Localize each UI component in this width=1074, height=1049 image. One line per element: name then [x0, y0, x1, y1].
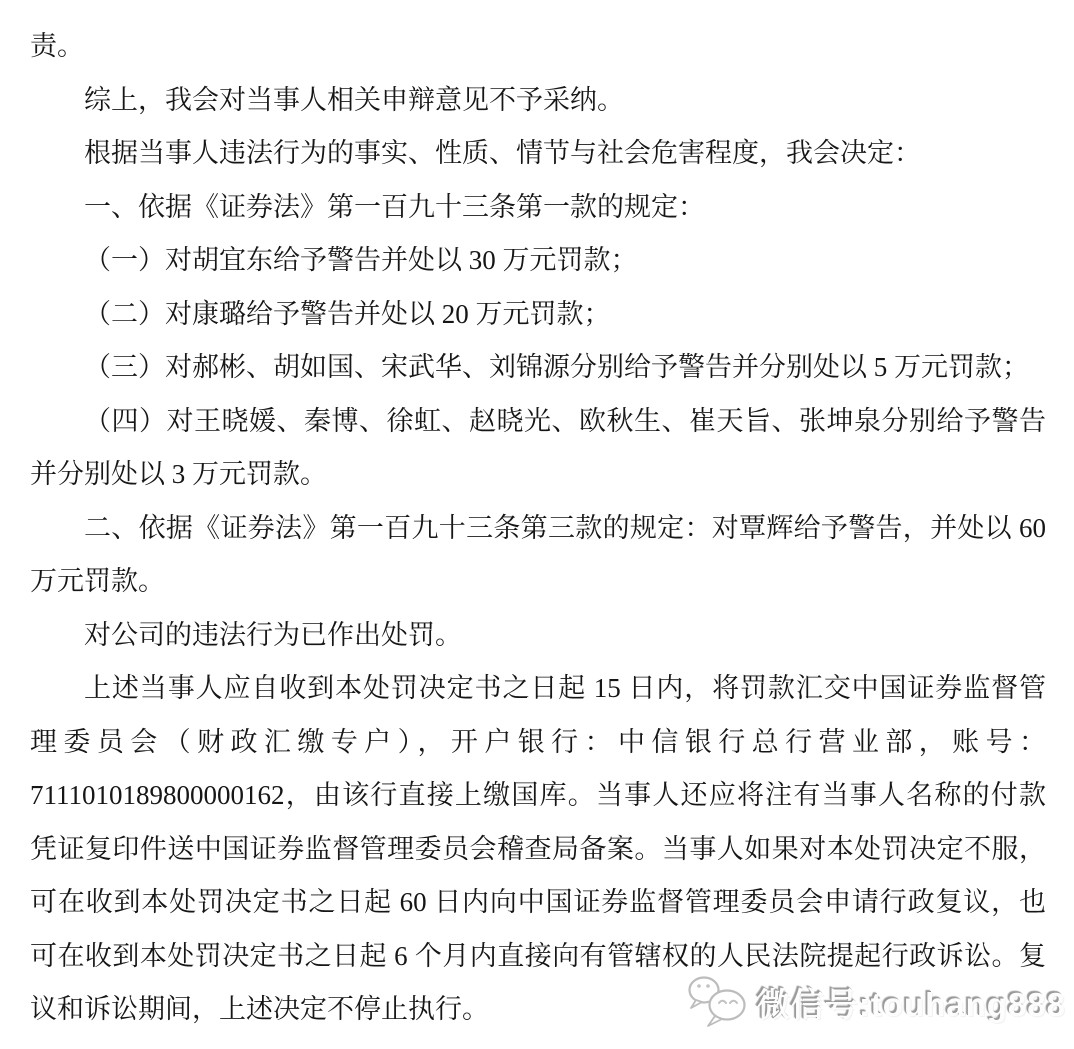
text-line: （一）对胡宜东给予警告并处以 30 万元罚款； — [30, 234, 1046, 288]
text-line: 一、依据《证券法》第一百九十三条第一款的规定： — [30, 181, 1046, 235]
text-line: 上述当事人应自收到本处罚决定书之日起 15 日内，将罚款汇交中国证券监督管 — [30, 662, 1046, 716]
text-line: 并分别处以 3 万元罚款。 — [30, 448, 1046, 502]
text-line: 7111010189800000162，由该行直接上缴国库。当事人还应将注有当事… — [30, 769, 1046, 823]
text-line: 综上，我会对当事人相关申辩意见不予采纳。 — [30, 74, 1046, 128]
text-line: 根据当事人违法行为的事实、性质、情节与社会危害程度，我会决定： — [30, 127, 1046, 181]
text-line: 议和诉讼期间，上述决定不停止执行。 — [30, 983, 1046, 1037]
text-line: 可在收到本处罚决定书之日起 60 日内向中国证券监督管理委员会申请行政复议，也 — [30, 876, 1046, 930]
text-line: 二、依据《证券法》第一百九十三条第三款的规定：对覃辉给予警告，并处以 60 — [30, 502, 1046, 556]
document-body: 责。综上，我会对当事人相关申辩意见不予采纳。根据当事人违法行为的事实、性质、情节… — [0, 0, 1074, 1037]
text-line: 责。 — [30, 20, 1046, 74]
text-line: （四）对王晓媛、秦博、徐虹、赵晓光、欧秋生、崔天旨、张坤泉分别给予警告 — [30, 395, 1046, 449]
text-line: 凭证复印件送中国证券监督管理委员会稽查局备案。当事人如果对本处罚决定不服， — [30, 823, 1046, 877]
text-line: （三）对郝彬、胡如国、宋武华、刘锦源分别给予警告并分别处以 5 万元罚款； — [30, 341, 1046, 395]
text-line: 对公司的违法行为已作出处罚。 — [30, 609, 1046, 663]
text-line: 万元罚款。 — [30, 555, 1046, 609]
text-line: （二）对康璐给予警告并处以 20 万元罚款； — [30, 288, 1046, 342]
text-line: 理委员会（财政汇缴专户），开户银行：中信银行总行营业部，账号： — [30, 716, 1046, 770]
text-line: 可在收到本处罚决定书之日起 6 个月内直接向有管辖权的人民法院提起行政诉讼。复 — [30, 930, 1046, 984]
